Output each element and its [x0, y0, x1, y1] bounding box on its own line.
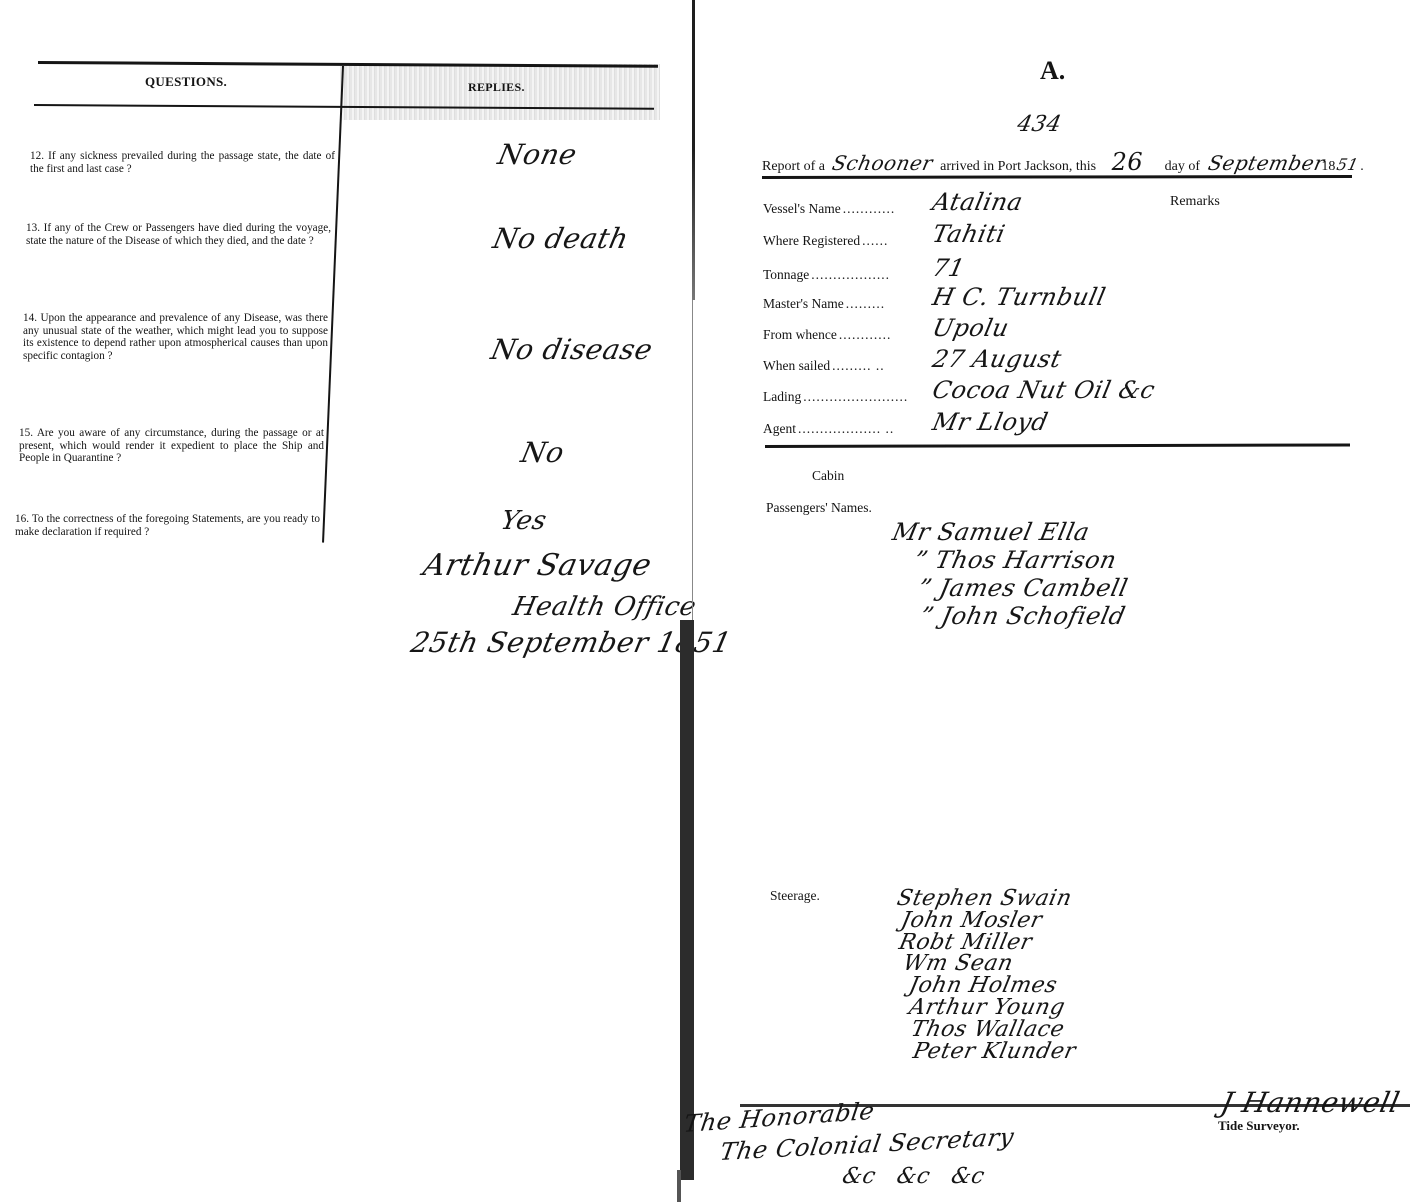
- field-leader-dots: ............: [843, 201, 896, 216]
- passengers-label: Passengers' Names.: [766, 500, 872, 516]
- cabin-passenger: ” John Schofield: [890, 602, 1131, 630]
- steerage-passenger: Stephen Swain: [895, 888, 1078, 910]
- surveyor-signature: J Hannewell: [1218, 1086, 1403, 1119]
- field-row: Where Registered......: [763, 232, 888, 250]
- reply-13: No death: [490, 222, 632, 255]
- page-gutter: [692, 300, 693, 620]
- cabin-passenger-list: Mr Samuel Ella” Thos Harrison” James Cam…: [890, 518, 1125, 630]
- cabin-passenger: ” James Cambell: [890, 574, 1131, 602]
- report-rule: [762, 175, 1352, 179]
- remarks-label: Remarks: [1170, 194, 1220, 210]
- field-leader-dots: .........: [846, 296, 885, 311]
- field-label: Vessel's Name: [763, 201, 841, 216]
- question-text: If any sickness prevailed during the pas…: [30, 150, 335, 175]
- field-label: When sailed: [763, 358, 830, 373]
- field-row: Lading........................: [763, 388, 908, 406]
- field-label: From whence: [763, 327, 837, 342]
- field-row: Tonnage..................: [763, 266, 890, 284]
- cabin-passenger: Mr Samuel Ella: [890, 518, 1131, 546]
- report-middle: arrived in Port Jackson, this: [940, 159, 1096, 174]
- question-16: 16. To the correctness of the foregoing …: [15, 513, 320, 538]
- question-text: Are you aware of any circumstance, durin…: [19, 427, 324, 464]
- signature-office: Health Office: [510, 592, 699, 622]
- steerage-passenger: Arthur Young: [895, 997, 1078, 1019]
- question-number: 15.: [19, 427, 33, 439]
- field-value: Tahiti: [930, 220, 1008, 248]
- field-leader-dots: ................... ..: [798, 421, 894, 436]
- field-leader-dots: ..................: [811, 267, 890, 282]
- question-text: If any of the Crew or Passengers have di…: [26, 222, 331, 247]
- field-row: From whence............: [763, 326, 891, 344]
- cabin-label: Cabin: [812, 468, 844, 484]
- steerage-passenger: Wm Sean: [895, 953, 1078, 975]
- page-gutter: [692, 0, 695, 300]
- steerage-passenger: Thos Wallace: [895, 1019, 1078, 1041]
- field-value: 27 August: [930, 345, 1064, 373]
- vessel-type: Schooner: [830, 151, 935, 175]
- report-year-hand: 51: [1335, 155, 1360, 174]
- reply-16: Yes: [498, 506, 550, 536]
- signature-name: Arthur Savage: [420, 548, 655, 583]
- report-day: 26: [1112, 148, 1144, 176]
- surveyor-label: Tide Surveyor.: [1218, 1118, 1300, 1134]
- addressee-line-3: &c &c &c: [840, 1164, 987, 1189]
- field-label: Agent: [763, 421, 796, 436]
- question-number: 12.: [30, 150, 44, 162]
- questions-header: QUESTIONS.: [145, 74, 227, 90]
- question-14: 14. Upon the appearance and prevalence o…: [23, 312, 328, 362]
- question-number: 14.: [23, 312, 37, 324]
- replies-header: REPLIES.: [468, 80, 525, 95]
- field-value: Mr Lloyd: [930, 408, 1051, 436]
- steerage-passenger: John Mosler: [895, 910, 1078, 932]
- field-label: Tonnage: [763, 267, 809, 282]
- question-text: Upon the appearance and prevalence of an…: [23, 312, 328, 362]
- question-13: 13. If any of the Crew or Passengers hav…: [26, 222, 331, 247]
- page-gutter: [677, 1170, 681, 1202]
- field-value: Upolu: [930, 314, 1012, 342]
- report-prefix: Report of a: [762, 159, 825, 174]
- field-leader-dots: ......... ..: [832, 358, 885, 373]
- report-day-label: day of: [1165, 159, 1200, 174]
- report-month: September: [1206, 151, 1327, 175]
- field-row: When sailed......... ..: [763, 357, 885, 375]
- question-number: 16.: [15, 513, 29, 525]
- page-gutter: [680, 620, 694, 1180]
- question-12: 12. If any sickness prevailed during the…: [30, 150, 335, 175]
- steerage-passenger-list: Stephen SwainJohn MoslerRobt MillerWm Se…: [895, 888, 1073, 1062]
- field-row: Vessel's Name............: [763, 200, 895, 218]
- question-15: 15. Are you aware of any circumstance, d…: [19, 427, 324, 465]
- field-row: Master's Name.........: [763, 295, 885, 313]
- field-value: H C. Turnbull: [930, 283, 1108, 311]
- form-letter: A.: [1040, 56, 1065, 86]
- field-row: Agent................... ..: [763, 420, 894, 438]
- reply-15: No: [518, 436, 567, 469]
- question-number: 13.: [26, 222, 40, 234]
- field-leader-dots: ............: [839, 327, 892, 342]
- steerage-passenger: Peter Klunder: [895, 1041, 1078, 1063]
- field-label: Where Registered: [763, 233, 860, 248]
- cabin-passenger: ” Thos Harrison: [890, 546, 1131, 574]
- field-value: Atalina: [930, 188, 1025, 216]
- report-end: .: [1360, 159, 1364, 174]
- field-label: Lading: [763, 389, 801, 404]
- column-divider: [322, 66, 343, 543]
- report-number: 434: [1015, 112, 1064, 137]
- field-leader-dots: ......: [862, 233, 888, 248]
- fields-rule: [765, 443, 1350, 448]
- reply-12: None: [495, 138, 580, 171]
- steerage-passenger: John Holmes: [895, 975, 1078, 997]
- question-text: To the correctness of the foregoing Stat…: [15, 513, 320, 538]
- report-line: Report of a Schooner arrived in Port Jac…: [762, 148, 1364, 176]
- reply-14: No disease: [488, 333, 656, 366]
- field-leader-dots: ........................: [803, 389, 908, 404]
- steerage-label: Steerage.: [770, 888, 820, 904]
- field-label: Master's Name: [763, 296, 844, 311]
- field-value: 71: [930, 254, 967, 282]
- field-value: Cocoa Nut Oil &c: [930, 376, 1158, 404]
